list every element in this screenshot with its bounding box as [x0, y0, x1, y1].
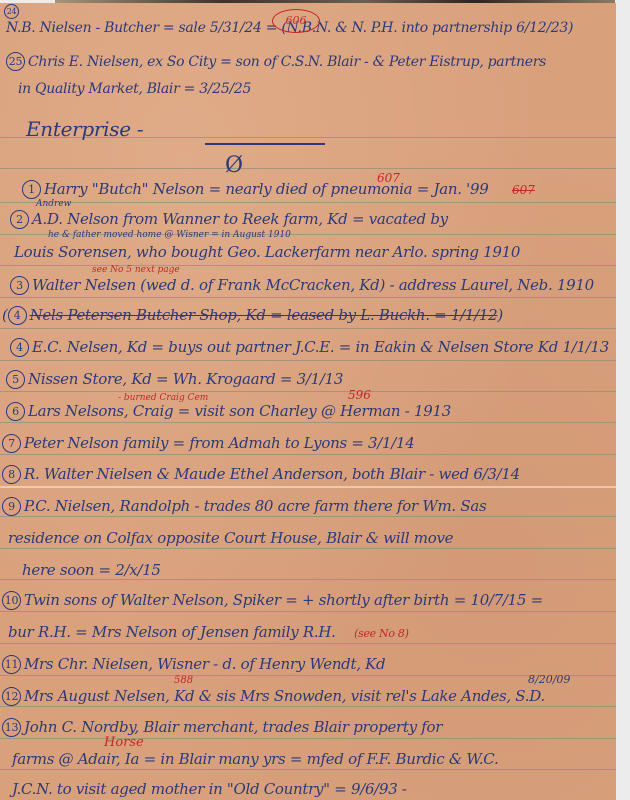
ruled-line [0, 611, 616, 612]
entry-5: 5Nissen Store, Kd = Wh. Krogaard = 3/1/1… [6, 370, 343, 389]
entry-2-line2: Louis Sorensen, who bought Geo. Lackerfa… [14, 243, 520, 261]
entry-7: 7Peter Nelson family = from Admah to Lyo… [2, 434, 415, 453]
heading-underline [205, 143, 325, 145]
entry-10-line1: 10Twin sons of Walter Nelson, Spiker = +… [2, 591, 543, 610]
section-heading: Enterprise - [26, 117, 143, 141]
ruled-line [0, 202, 616, 203]
ruled-line [0, 548, 616, 549]
section-mark: Ø [225, 153, 243, 178]
red-circled-note: 606 [272, 9, 320, 33]
entry-3: 3Walter Nelsen (wed d. of Frank McCracke… [10, 276, 594, 295]
entry-6: 6Lars Nelsons, Craig = visit son Charley… [6, 402, 451, 421]
entry-10-line2: bur R.H. = Mrs Nelson of Jensen family R… [8, 623, 409, 641]
entry-11: 11Mrs Chr. Nielsen, Wisner - d. of Henry… [2, 655, 385, 674]
ruled-line [0, 454, 616, 455]
entry-12-date: 8/20/09 [528, 673, 570, 686]
entry-9-line1: 9P.C. Nielsen, Randolph - trades 80 acre… [2, 497, 486, 516]
entry-6-red-number: 596 [348, 388, 371, 402]
entry-2-insert-above: Andrew [36, 199, 71, 209]
ruled-line [0, 675, 616, 676]
ruled-line [0, 738, 616, 739]
entry-2-line1: 2A.D. Nelson from Wanner to Reek farm, K… [10, 210, 448, 229]
entry-1-red-note: 607 [377, 171, 400, 185]
entry-24-number: 24 [4, 4, 22, 19]
entry-9-line2: residence on Colfax opposite Court House… [8, 529, 453, 547]
ruled-line [0, 297, 616, 298]
ruled-line [0, 643, 616, 644]
entry-1-red-struck: 607 [512, 183, 535, 197]
ruled-line [0, 168, 616, 169]
entry-3-red-note: see No 5 next page [92, 265, 180, 275]
ruled-line [0, 391, 616, 392]
ruled-line [0, 328, 616, 329]
ruled-line [0, 769, 616, 770]
entry-13-line1: 13John C. Nordby, Blair merchant, trades… [2, 718, 442, 737]
ruled-line [0, 516, 616, 517]
entry-12-red-number: 588 [174, 675, 193, 686]
entry-4-struck: (4Nels Petersen Butcher Shop, Kd = lease… [2, 306, 503, 325]
entry-2-sub-note: he & father moved home @ Wisner = in Aug… [48, 230, 291, 240]
entry-13-line3: J.C.N. to visit aged mother in "Old Coun… [12, 780, 407, 798]
entry-4: 4E.C. Nelsen, Kd = buys out partner J.C.… [10, 338, 609, 357]
ruled-line [0, 706, 616, 707]
entry-25-line1: 25Chris E. Nielsen, ex So City = son of … [6, 52, 546, 71]
note-sheet: 24 N.B. Nielsen - Butcher = sale 5/31/24… [0, 3, 616, 800]
entry-13-line2: farms @ Adair, Ia = in Blair many yrs = … [12, 750, 498, 768]
ruled-line [0, 360, 616, 361]
entry-13-red-note: Horse [104, 735, 144, 750]
entry-8: 8R. Walter Nielsen & Maude Ethel Anderso… [2, 465, 520, 484]
entry-1: 1Harry "Butch" Nelson = nearly died of p… [22, 180, 488, 199]
ruled-line [0, 579, 616, 580]
entry-25-line2: in Quality Market, Blair = 3/25/25 [18, 81, 251, 97]
paper-fold [0, 486, 616, 488]
entry-12: 12Mrs August Nelsen, Kd & sis Mrs Snowde… [2, 687, 545, 706]
entry-9-line3: here soon = 2/x/15 [22, 561, 161, 579]
ruled-line [0, 422, 616, 423]
